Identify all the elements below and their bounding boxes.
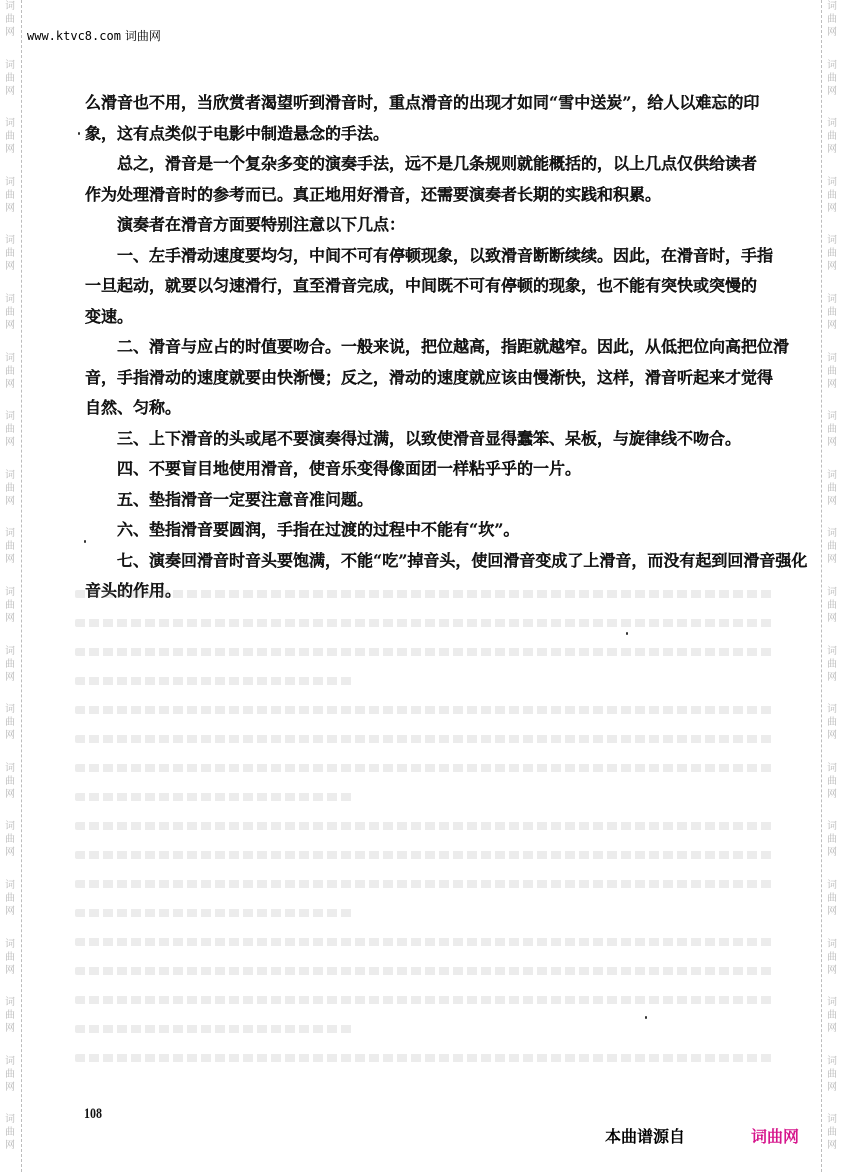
watermark-char: 词 [5, 879, 15, 892]
watermark-char: 网 [5, 202, 15, 215]
watermark-group: 词曲网 [827, 293, 837, 352]
paragraph: 三、上下滑音的头或尾不要演奏得过满，以致使滑音显得蠢笨、呆板，与旋律线不吻合。 [85, 424, 773, 455]
watermark-char: 网 [827, 378, 837, 391]
bleed-through-line [75, 1054, 775, 1062]
watermark-char: 网 [5, 143, 15, 156]
watermark-group: 词曲网 [5, 117, 15, 176]
paragraph: 二、滑音与应占的时值要吻合。一般来说，把位越高，指距就越窄。因此，从低把位向高把… [85, 332, 773, 424]
text-line: 变速。 [85, 302, 773, 333]
watermark-char: 网 [827, 85, 837, 98]
text-line: 一旦起动，就要以匀速滑行，直至滑音完成，中间既不可有停顿的现象，也不能有突快或突… [85, 271, 773, 302]
watermark-char: 词 [827, 527, 837, 540]
watermark-char: 网 [5, 964, 15, 977]
watermark-char: 曲 [827, 1068, 837, 1081]
watermark-char: 词 [827, 820, 837, 833]
watermark-char: 网 [827, 319, 837, 332]
bleed-through-line [75, 735, 775, 743]
source-label: 本曲谱源自 [605, 1124, 685, 1147]
watermark-group: 词曲网 [5, 410, 15, 469]
watermark-char: 网 [5, 612, 15, 625]
watermark-char: 网 [5, 846, 15, 859]
watermark-char: 网 [827, 729, 837, 742]
watermark-char: 网 [827, 1022, 837, 1035]
scan-speck [84, 540, 86, 543]
watermark-char: 曲 [5, 775, 15, 788]
watermark-group: 词曲网 [5, 1055, 15, 1114]
site-url: www.ktvc8.com [27, 29, 121, 43]
watermark-group: 词曲网 [5, 879, 15, 938]
watermark-char: 曲 [5, 892, 15, 905]
watermark-char: 网 [5, 671, 15, 684]
watermark-group: 词曲网 [827, 938, 837, 997]
watermark-group: 词曲网 [827, 352, 837, 411]
watermark-char: 网 [5, 1081, 15, 1094]
text-line: 三、上下滑音的头或尾不要演奏得过满，以致使滑音显得蠢笨、呆板，与旋律线不吻合。 [85, 424, 773, 455]
site-header: www.ktvc8.com词曲网 [27, 27, 161, 44]
watermark-char: 网 [827, 26, 837, 39]
text-line: 二、滑音与应占的时值要吻合。一般来说，把位越高，指距就越窄。因此，从低把位向高把… [85, 332, 773, 363]
watermark-char: 网 [5, 378, 15, 391]
watermark-char: 网 [827, 436, 837, 449]
watermark-char: 词 [5, 645, 15, 658]
watermark-group: 词曲网 [827, 762, 837, 821]
watermark-char: 网 [5, 319, 15, 332]
watermark-char: 曲 [5, 658, 15, 671]
watermark-char: 曲 [827, 423, 837, 436]
watermark-group: 词曲网 [827, 1055, 837, 1114]
watermark-char: 网 [827, 905, 837, 918]
watermark-char: 曲 [5, 130, 15, 143]
page-number: 108 [84, 1106, 102, 1123]
watermark-char: 曲 [5, 951, 15, 964]
watermark-char: 曲 [827, 130, 837, 143]
text-line: 四、不要盲目地使用滑音，使音乐变得像面团一样粘乎乎的一片。 [85, 454, 773, 485]
margin-divider-left [21, 0, 22, 1172]
watermark-char: 词 [5, 234, 15, 247]
watermark-group: 词曲网 [5, 820, 15, 879]
watermark-char: 网 [5, 788, 15, 801]
watermark-char: 网 [5, 85, 15, 98]
watermark-char: 词 [827, 879, 837, 892]
watermark-char: 词 [5, 117, 15, 130]
text-line: 演奏者在滑音方面要特别注意以下几点： [85, 210, 773, 241]
watermark-char: 网 [827, 143, 837, 156]
watermark-column-right: 词曲网词曲网词曲网词曲网词曲网词曲网词曲网词曲网词曲网词曲网词曲网词曲网词曲网词… [822, 0, 842, 1172]
watermark-char: 词 [827, 410, 837, 423]
watermark-char: 词 [827, 1055, 837, 1068]
bleed-through-line [75, 648, 775, 656]
watermark-char: 曲 [827, 306, 837, 319]
watermark-group: 词曲网 [5, 996, 15, 1055]
watermark-char: 曲 [827, 599, 837, 612]
bleed-through-line [75, 677, 355, 685]
watermark-char: 曲 [5, 540, 15, 553]
watermark-char: 网 [5, 495, 15, 508]
watermark-group: 词曲网 [5, 176, 15, 235]
watermark-char: 曲 [827, 1009, 837, 1022]
watermark-group: 词曲网 [827, 820, 837, 879]
watermark-char: 网 [827, 1081, 837, 1094]
source-brand: 词曲网 [751, 1124, 799, 1147]
bleed-through-text [75, 590, 775, 1083]
watermark-char: 词 [5, 938, 15, 951]
watermark-char: 词 [5, 410, 15, 423]
text-line: 总之，滑音是一个复杂多变的演奏手法，远不是几条规则就能概括的，以上几点仅供给读者 [85, 149, 773, 180]
watermark-char: 词 [5, 59, 15, 72]
bleed-through-line [75, 880, 775, 888]
bleed-through-line [75, 1025, 355, 1033]
watermark-char: 词 [827, 176, 837, 189]
watermark-group: 词曲网 [827, 59, 837, 118]
margin-divider-right [821, 0, 822, 1172]
watermark-group: 词曲网 [5, 352, 15, 411]
watermark-group: 词曲网 [827, 176, 837, 235]
watermark-group: 词曲网 [5, 293, 15, 352]
watermark-group: 词曲网 [827, 703, 837, 762]
watermark-char: 网 [827, 846, 837, 859]
watermark-char: 网 [5, 26, 15, 39]
watermark-char: 曲 [5, 1068, 15, 1081]
bleed-through-line [75, 909, 355, 917]
paragraph: 六、垫指滑音要圆润，手指在过渡的过程中不能有“坎”。 [85, 515, 773, 546]
watermark-char: 词 [5, 762, 15, 775]
text-line: 六、垫指滑音要圆润，手指在过渡的过程中不能有“坎”。 [85, 515, 773, 546]
watermark-char: 曲 [827, 892, 837, 905]
watermark-char: 词 [5, 176, 15, 189]
paragraph: 五、垫指滑音一定要注意音准问题。 [85, 485, 773, 516]
watermark-char: 词 [5, 586, 15, 599]
watermark-char: 词 [827, 352, 837, 365]
watermark-char: 词 [5, 527, 15, 540]
watermark-char: 词 [827, 1113, 837, 1126]
watermark-char: 词 [5, 0, 15, 13]
watermark-char: 网 [827, 1139, 837, 1152]
watermark-char: 曲 [5, 189, 15, 202]
watermark-group: 词曲网 [827, 0, 837, 59]
watermark-char: 曲 [827, 189, 837, 202]
watermark-char: 词 [827, 234, 837, 247]
watermark-char: 词 [5, 352, 15, 365]
paragraph: 四、不要盲目地使用滑音，使音乐变得像面团一样粘乎乎的一片。 [85, 454, 773, 485]
watermark-column-left: 词曲网词曲网词曲网词曲网词曲网词曲网词曲网词曲网词曲网词曲网词曲网词曲网词曲网词… [0, 0, 20, 1172]
watermark-group: 词曲网 [827, 527, 837, 586]
watermark-group: 词曲网 [5, 938, 15, 997]
watermark-group: 词曲网 [827, 234, 837, 293]
bleed-through-line [75, 706, 775, 714]
bleed-through-line [75, 590, 775, 598]
watermark-char: 网 [827, 671, 837, 684]
watermark-char: 词 [5, 293, 15, 306]
watermark-group: 词曲网 [5, 0, 15, 59]
watermark-group: 词曲网 [5, 527, 15, 586]
watermark-group: 词曲网 [827, 410, 837, 469]
bleed-through-line [75, 967, 775, 975]
watermark-char: 词 [5, 1055, 15, 1068]
watermark-group: 词曲网 [5, 645, 15, 704]
watermark-group: 词曲网 [5, 469, 15, 528]
watermark-char: 词 [827, 59, 837, 72]
watermark-char: 网 [5, 1022, 15, 1035]
watermark-char: 网 [5, 436, 15, 449]
watermark-group: 词曲网 [827, 996, 837, 1055]
watermark-char: 曲 [827, 540, 837, 553]
watermark-group: 词曲网 [5, 586, 15, 645]
bleed-through-line [75, 851, 775, 859]
watermark-char: 词 [827, 996, 837, 1009]
watermark-group: 词曲网 [827, 879, 837, 938]
watermark-char: 网 [827, 553, 837, 566]
bleed-through-line [75, 938, 775, 946]
watermark-char: 网 [827, 202, 837, 215]
text-line: 五、垫指滑音一定要注意音准问题。 [85, 485, 773, 516]
paragraph: 演奏者在滑音方面要特别注意以下几点： [85, 210, 773, 241]
watermark-char: 网 [5, 729, 15, 742]
watermark-char: 曲 [827, 658, 837, 671]
watermark-char: 曲 [5, 365, 15, 378]
watermark-char: 词 [827, 762, 837, 775]
bleed-through-line [75, 822, 775, 830]
bleed-through-line [75, 793, 355, 801]
watermark-char: 曲 [5, 716, 15, 729]
bleed-through-line [75, 764, 775, 772]
watermark-char: 曲 [5, 13, 15, 26]
watermark-group: 词曲网 [827, 1113, 837, 1172]
watermark-char: 曲 [827, 951, 837, 964]
watermark-char: 词 [827, 469, 837, 482]
watermark-char: 曲 [5, 1126, 15, 1139]
watermark-char: 曲 [5, 72, 15, 85]
watermark-group: 词曲网 [5, 703, 15, 762]
watermark-char: 曲 [827, 365, 837, 378]
watermark-char: 网 [827, 788, 837, 801]
watermark-group: 词曲网 [827, 586, 837, 645]
watermark-char: 词 [827, 703, 837, 716]
watermark-char: 词 [5, 469, 15, 482]
watermark-char: 词 [827, 645, 837, 658]
watermark-char: 词 [5, 820, 15, 833]
watermark-char: 网 [827, 260, 837, 273]
watermark-char: 曲 [5, 1009, 15, 1022]
scan-speck [645, 1016, 647, 1019]
watermark-char: 曲 [827, 775, 837, 788]
watermark-char: 词 [827, 938, 837, 951]
watermark-group: 词曲网 [827, 117, 837, 176]
watermark-char: 曲 [827, 716, 837, 729]
text-line: 七、演奏回滑音时音头要饱满，不能“吃”掉音头，使回滑音变成了上滑音，而没有起到回… [85, 546, 773, 577]
bleed-through-line [75, 996, 775, 1004]
watermark-group: 词曲网 [827, 469, 837, 528]
watermark-char: 曲 [827, 13, 837, 26]
bleed-through-line [75, 619, 775, 627]
watermark-char: 词 [827, 293, 837, 306]
paragraph: 一、左手滑动速度要均匀，中间不可有停顿现象，以致滑音断断续续。因此，在滑音时，手… [85, 241, 773, 333]
watermark-char: 网 [5, 1139, 15, 1152]
watermark-char: 词 [5, 996, 15, 1009]
watermark-group: 词曲网 [5, 234, 15, 293]
watermark-group: 词曲网 [827, 645, 837, 704]
text-line: 作为处理滑音时的参考而已。真正地用好滑音，还需要演奏者长期的实践和积累。 [85, 180, 773, 211]
watermark-char: 网 [5, 553, 15, 566]
text-line: 么滑音也不用，当欣赏者渴望听到滑音时，重点滑音的出现才如同“雪中送炭”，给人以难… [85, 88, 773, 119]
watermark-group: 词曲网 [5, 1113, 15, 1172]
watermark-group: 词曲网 [5, 762, 15, 821]
watermark-char: 曲 [827, 482, 837, 495]
watermark-char: 曲 [827, 247, 837, 260]
text-line: 音，手指滑动的速度就要由快渐慢；反之，滑动的速度就应该由慢渐快，这样，滑音听起来… [85, 363, 773, 394]
watermark-char: 曲 [5, 599, 15, 612]
watermark-char: 网 [827, 612, 837, 625]
watermark-char: 曲 [5, 247, 15, 260]
text-line: 自然、匀称。 [85, 393, 773, 424]
scan-speck [78, 132, 80, 135]
watermark-char: 曲 [5, 833, 15, 846]
watermark-char: 曲 [827, 1126, 837, 1139]
watermark-char: 词 [5, 1113, 15, 1126]
watermark-group: 词曲网 [5, 59, 15, 118]
site-name: 词曲网 [125, 29, 161, 43]
watermark-char: 曲 [5, 482, 15, 495]
watermark-char: 词 [5, 703, 15, 716]
scan-speck [626, 632, 628, 635]
watermark-char: 网 [827, 964, 837, 977]
watermark-char: 网 [5, 905, 15, 918]
watermark-char: 曲 [5, 423, 15, 436]
paragraph: 总之，滑音是一个复杂多变的演奏手法，远不是几条规则就能概括的，以上几点仅供给读者… [85, 149, 773, 210]
paragraph: 么滑音也不用，当欣赏者渴望听到滑音时，重点滑音的出现才如同“雪中送炭”，给人以难… [85, 88, 773, 149]
watermark-char: 曲 [5, 306, 15, 319]
watermark-char: 曲 [827, 833, 837, 846]
watermark-char: 词 [827, 117, 837, 130]
watermark-char: 词 [827, 586, 837, 599]
watermark-char: 曲 [827, 72, 837, 85]
text-line: 象，这有点类似于电影中制造悬念的手法。 [85, 119, 773, 150]
watermark-char: 网 [827, 495, 837, 508]
page-body: 么滑音也不用，当欣赏者渴望听到滑音时，重点滑音的出现才如同“雪中送炭”，给人以难… [85, 88, 773, 607]
watermark-char: 词 [827, 0, 837, 13]
watermark-char: 网 [5, 260, 15, 273]
text-line: 一、左手滑动速度要均匀，中间不可有停顿现象，以致滑音断断续续。因此，在滑音时，手… [85, 241, 773, 272]
